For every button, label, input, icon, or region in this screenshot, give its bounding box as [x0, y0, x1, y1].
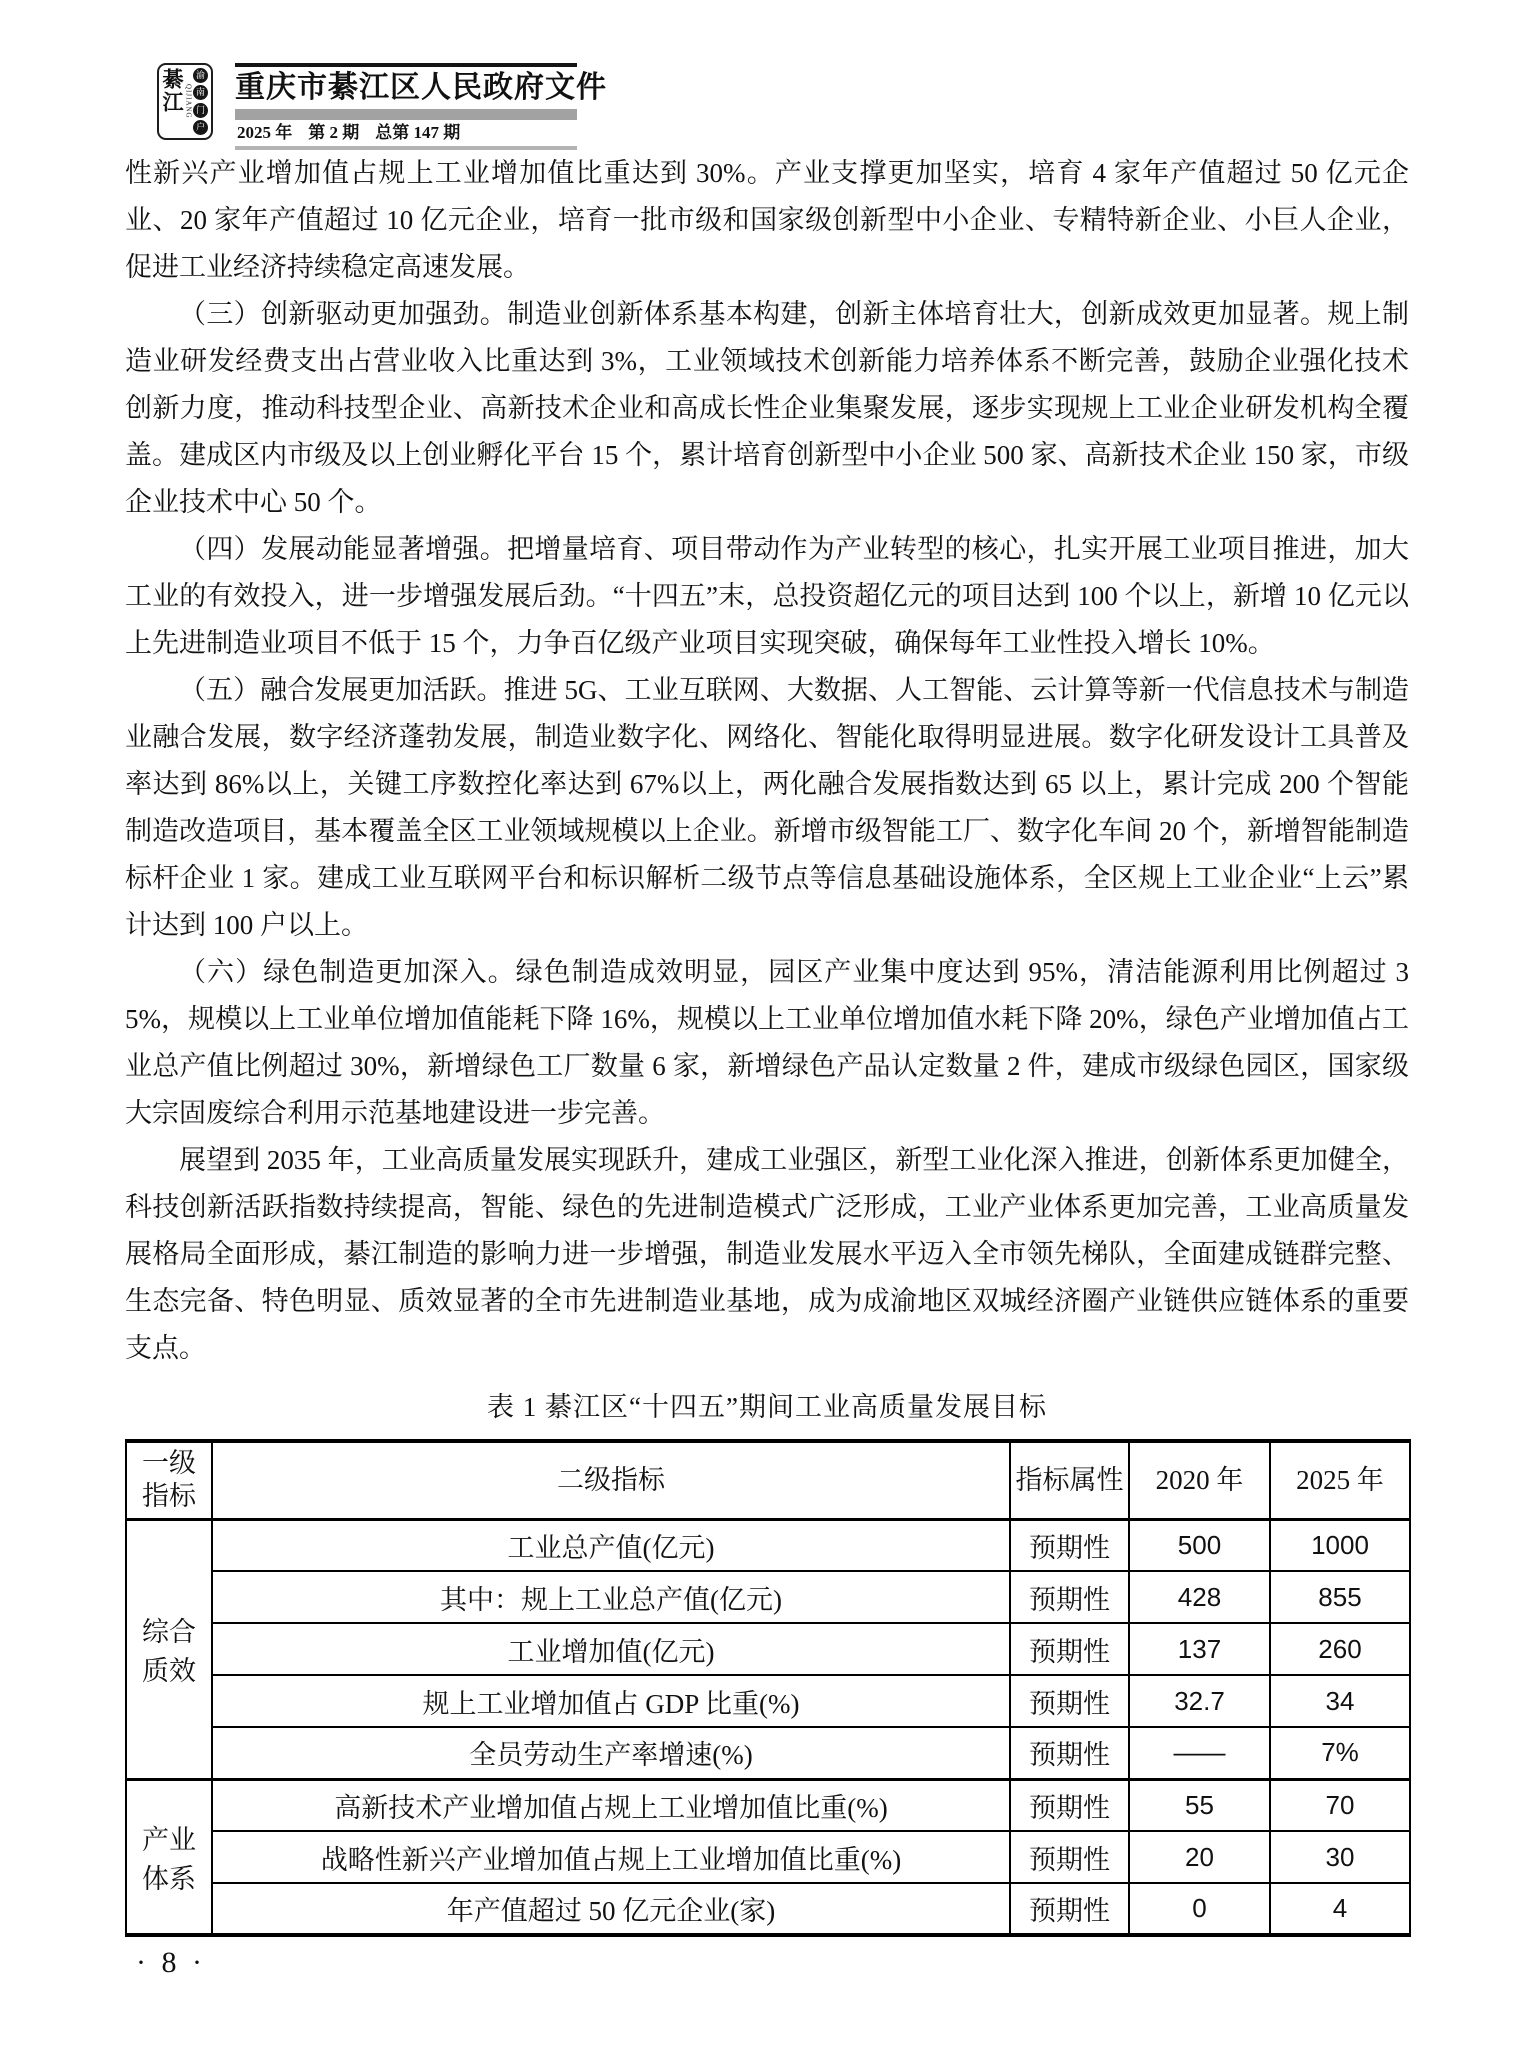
- seal-icon: 户: [193, 120, 208, 135]
- paragraph-section-5: （五）融合发展更加活跃。推进 5G、工业互联网、大数据、人工智能、云计算等新一代…: [125, 667, 1409, 949]
- attribute-cell: 预期性: [1010, 1883, 1129, 1935]
- indicator-cell: 全员劳动生产率增速(%): [212, 1727, 1010, 1779]
- issue-line: 2025 年 第 2 期 总第 147 期: [235, 120, 577, 145]
- table-row: 产业体系 高新技术产业增加值占规上工业增加值比重(%) 预期性 55 70: [126, 1779, 1410, 1831]
- government-seal-logo: 綦江 QIJIANG 渝 南 门 户: [157, 63, 213, 140]
- table-header-row: 一级指标 二级指标 指标属性 2020 年 2025 年: [126, 1441, 1410, 1519]
- header-attribute: 指标属性: [1010, 1441, 1129, 1519]
- attribute-cell: 预期性: [1010, 1727, 1129, 1779]
- masthead-gray-bar: [235, 109, 577, 120]
- value-2025-cell: 1000: [1270, 1519, 1410, 1571]
- paragraph-outlook-2035: 展望到 2035 年，工业高质量发展实现跃升，建成工业强区，新型工业化深入推进，…: [125, 1137, 1409, 1372]
- table-row: 规上工业增加值占 GDP 比重(%) 预期性 32.7 34: [126, 1675, 1410, 1727]
- value-2020-cell: 0: [1129, 1883, 1270, 1935]
- seal-icon: 渝: [193, 68, 208, 83]
- value-2025-cell: 855: [1270, 1571, 1410, 1623]
- indicator-cell: 战略性新兴产业增加值占规上工业增加值比重(%): [212, 1831, 1010, 1883]
- indicator-cell: 年产值超过 50 亿元企业(家): [212, 1883, 1010, 1935]
- table-caption: 表 1 綦江区“十四五”期间工业高质量发展目标: [125, 1385, 1409, 1424]
- issue-number: 第 2 期: [308, 122, 359, 144]
- group-label-comprehensive-quality: 综合质效: [126, 1519, 212, 1779]
- indicator-cell: 其中：规上工业总产值(亿元): [212, 1571, 1010, 1623]
- attribute-cell: 预期性: [1010, 1571, 1129, 1623]
- value-2020-cell: ——: [1129, 1727, 1270, 1779]
- header-level1-indicator: 一级指标: [126, 1441, 212, 1519]
- value-2025-cell: 30: [1270, 1831, 1410, 1883]
- value-2025-cell: 4: [1270, 1883, 1410, 1935]
- issue-year: 2025 年: [237, 122, 292, 144]
- table-row: 综合质效 工业总产值(亿元) 预期性 500 1000: [126, 1519, 1410, 1571]
- logo-pinyin-text: QIJIANG: [185, 84, 192, 119]
- issue-total: 总第 147 期: [375, 122, 460, 144]
- group-label-industry-system: 产业体系: [126, 1779, 212, 1935]
- body-content: 性新兴产业增加值占规上工业增加值比重达到 30%。产业支撑更加坚实，培育 4 家…: [125, 150, 1409, 1937]
- attribute-cell: 预期性: [1010, 1623, 1129, 1675]
- document-title: 重庆市綦江区人民政府文件: [235, 67, 577, 109]
- value-2020-cell: 137: [1129, 1623, 1270, 1675]
- indicator-cell: 工业总产值(亿元): [212, 1519, 1010, 1571]
- page-number: · 8 ·: [136, 1946, 206, 1980]
- header-year-2025: 2025 年: [1270, 1441, 1410, 1519]
- attribute-cell: 预期性: [1010, 1675, 1129, 1727]
- masthead-title-block: 重庆市綦江区人民政府文件 2025 年 第 2 期 总第 147 期: [235, 63, 577, 150]
- table-row: 年产值超过 50 亿元企业(家) 预期性 0 4: [126, 1883, 1410, 1935]
- paragraph-section-3: （三）创新驱动更加强劲。制造业创新体系基本构建，创新主体培育壮大，创新成效更加显…: [125, 291, 1409, 526]
- seal-icon: 门: [193, 103, 208, 118]
- table-row: 工业增加值(亿元) 预期性 137 260: [126, 1623, 1410, 1675]
- logo-seal-column: 渝 南 门 户: [193, 68, 208, 135]
- indicator-cell: 高新技术产业增加值占规上工业增加值比重(%): [212, 1779, 1010, 1831]
- seal-icon: 南: [193, 85, 208, 100]
- value-2025-cell: 7%: [1270, 1727, 1410, 1779]
- attribute-cell: 预期性: [1010, 1519, 1129, 1571]
- table-row: 其中：规上工业总产值(亿元) 预期性 428 855: [126, 1571, 1410, 1623]
- indicator-cell: 工业增加值(亿元): [212, 1623, 1010, 1675]
- logo-name-text: 綦江: [162, 68, 183, 135]
- value-2020-cell: 428: [1129, 1571, 1270, 1623]
- value-2020-cell: 32.7: [1129, 1675, 1270, 1727]
- value-2020-cell: 55: [1129, 1779, 1270, 1831]
- masthead: 綦江 QIJIANG 渝 南 门 户 重庆市綦江区人民政府文件 2025 年 第…: [157, 63, 577, 150]
- development-goals-table: 一级指标 二级指标 指标属性 2020 年 2025 年 综合质效 工业总产值(…: [125, 1439, 1411, 1937]
- value-2025-cell: 34: [1270, 1675, 1410, 1727]
- header-level2-indicator: 二级指标: [212, 1441, 1010, 1519]
- paragraph-section-4: （四）发展动能显著增强。把增量培育、项目带动作为产业转型的核心，扎实开展工业项目…: [125, 526, 1409, 667]
- document-page: 綦江 QIJIANG 渝 南 门 户 重庆市綦江区人民政府文件 2025 年 第…: [0, 0, 1530, 2062]
- header-year-2020: 2020 年: [1129, 1441, 1270, 1519]
- attribute-cell: 预期性: [1010, 1779, 1129, 1831]
- value-2020-cell: 500: [1129, 1519, 1270, 1571]
- value-2025-cell: 260: [1270, 1623, 1410, 1675]
- table-row: 战略性新兴产业增加值占规上工业增加值比重(%) 预期性 20 30: [126, 1831, 1410, 1883]
- table-row: 全员劳动生产率增速(%) 预期性 —— 7%: [126, 1727, 1410, 1779]
- value-2020-cell: 20: [1129, 1831, 1270, 1883]
- indicator-cell: 规上工业增加值占 GDP 比重(%): [212, 1675, 1010, 1727]
- paragraph-continuation: 性新兴产业增加值占规上工业增加值比重达到 30%。产业支撑更加坚实，培育 4 家…: [125, 150, 1409, 291]
- paragraph-section-6: （六）绿色制造更加深入。绿色制造成效明显，园区产业集中度达到 95%，清洁能源利…: [125, 949, 1409, 1137]
- attribute-cell: 预期性: [1010, 1831, 1129, 1883]
- value-2025-cell: 70: [1270, 1779, 1410, 1831]
